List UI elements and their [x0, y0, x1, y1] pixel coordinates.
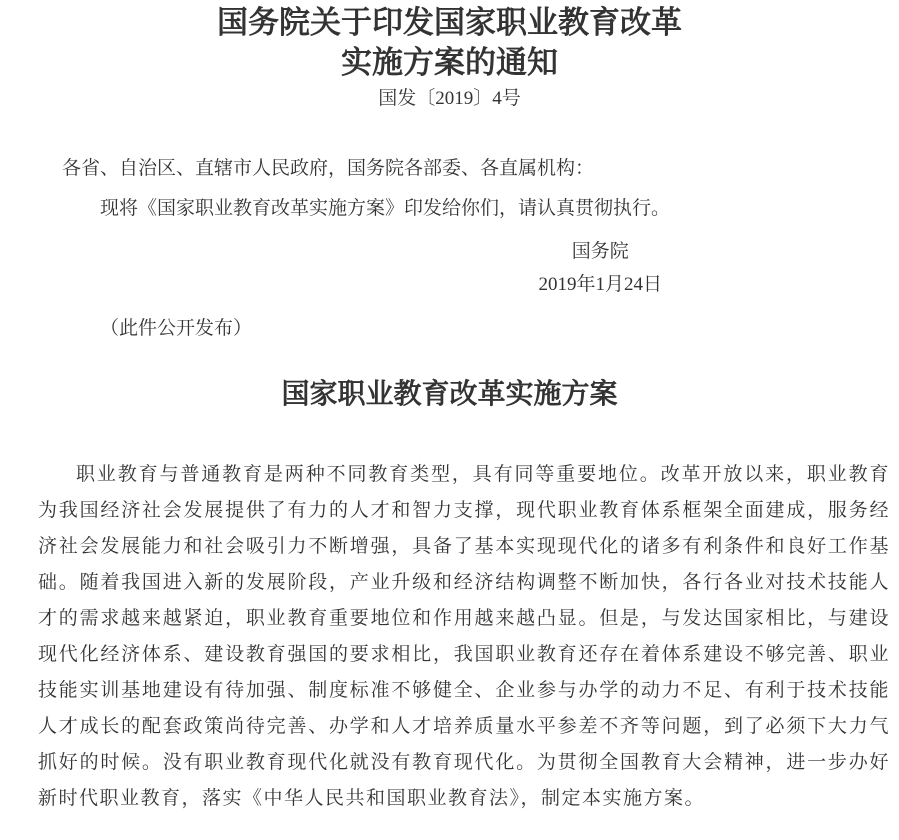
- notice-title-line2: 实施方案的通知: [0, 43, 899, 83]
- plan-paragraph: 职业教育与普通教育是两种不同教育类型，具有同等重要地位。改革开放以来，职业教育为…: [38, 457, 890, 817]
- public-release-note: （此件公开发布）: [62, 309, 899, 349]
- doc-number: 国发〔2019〕4号: [0, 87, 899, 111]
- signer-name: 国务院: [538, 235, 662, 268]
- plan-title: 国家职业教育改革实施方案: [0, 375, 899, 415]
- sign-date: 2019年1月24日: [538, 268, 662, 301]
- document-page: 国务院关于印发国家职业教育改革 实施方案的通知 国发〔2019〕4号 各省、自治…: [0, 3, 899, 840]
- salutation: 各省、自治区、直辖市人民政府，国务院各部委、各直属机构：: [62, 149, 859, 189]
- signature-block: 国务院 2019年1月24日: [538, 235, 662, 301]
- notice-title-line1: 国务院关于印发国家职业教育改革: [0, 3, 899, 43]
- notice-block: 各省、自治区、直辖市人民政府，国务院各部委、各直属机构： 现将《国家职业教育改革…: [0, 149, 899, 349]
- notice-body-text: 现将《国家职业教育改革实施方案》印发给你们，请认真贯彻执行。: [62, 189, 859, 229]
- notice-title: 国务院关于印发国家职业教育改革 实施方案的通知: [0, 3, 899, 83]
